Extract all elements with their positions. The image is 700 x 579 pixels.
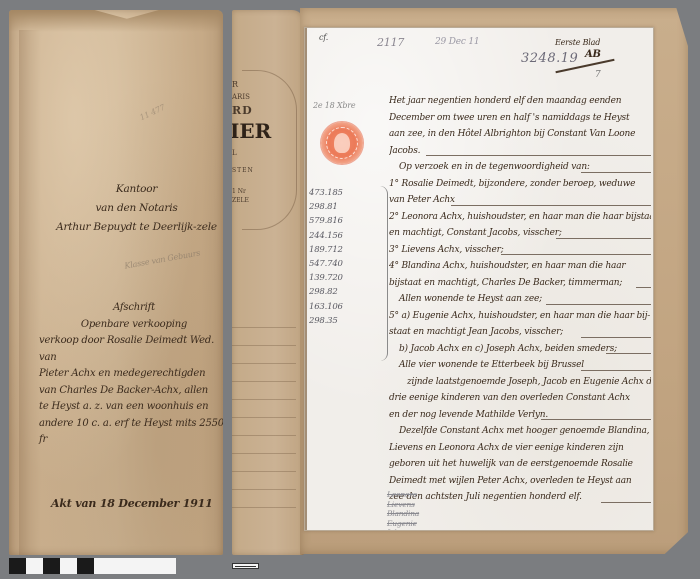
deed-line-text: Op verzoek en in de tegenwoordigheid van… (399, 162, 590, 172)
fill-line (581, 337, 651, 338)
deed-line: Deimedt met wijlen Peter Achx, overleden… (389, 473, 651, 490)
fill-line (581, 172, 651, 173)
deed-line-text: Allen wonende te Heyst aan zee; (399, 294, 542, 304)
margin-brace (380, 186, 388, 361)
fill-line (636, 287, 651, 288)
color-calibration-strip (9, 558, 176, 574)
fill-line (601, 502, 651, 503)
tax-entry: 244.156 (309, 231, 389, 245)
deed-line: zijnde laatstgenoemde Joseph, Jacob en E… (389, 374, 651, 391)
calibration-swatch (77, 558, 94, 574)
deed-line-text: aan zee, in den Hôtel Albrighton bij Con… (389, 129, 635, 139)
calibration-swatch (60, 558, 77, 574)
summary-line-5: van Charles De Backer-Achx, allen (39, 383, 223, 400)
deed-line-text: 5° a) Eugenie Achx, huishoudster, en haa… (389, 311, 650, 321)
printed-letterhead: R ARIS RD IER L STEN 1 Nr ZELE (232, 80, 292, 204)
scale-bar (232, 563, 259, 569)
deed-summary: Afschrift Openbare verkooping verkoop do… (39, 300, 223, 449)
summary-line-3: verkoop door Rosalie Deimedt Wed. van (39, 333, 223, 366)
page-margin-line (305, 28, 307, 530)
fill-line (581, 370, 651, 371)
pencil-name: Leonora (387, 490, 419, 500)
crown-icon (334, 133, 350, 153)
deed-line: van Peter Achx (389, 192, 651, 209)
deed-page: cf. 2117 29 Dec 11 Eerste Blad 3248.19 A… (304, 27, 654, 531)
deed-line: b) Jacob Achx en c) Joseph Achx, beiden … (389, 341, 651, 358)
calibration-swatch (26, 558, 43, 574)
deed-line-text: 3° Lievens Achx, visscher; (389, 245, 504, 255)
deed-line-text: staat en machtigt Jean Jacobs, visscher; (389, 327, 563, 337)
fill-line (501, 254, 651, 255)
deed-line: drie eenige kinderen van den overleden C… (389, 390, 651, 407)
deed-line: 5° a) Eugenie Achx, huishoudster, en haa… (389, 308, 651, 325)
deed-line: December om twee uren en half 's namidda… (389, 110, 651, 127)
ruled-lines (232, 310, 296, 515)
fill-line (541, 419, 651, 420)
ref-sub-mark: 7 (595, 70, 601, 80)
ref-pencil-date: 29 Dec 11 (435, 37, 479, 47)
deed-line-text: b) Jacob Achx en c) Joseph Achx, beiden … (399, 344, 617, 354)
deed-line: Lievens en Leonora Achx de vier eenige k… (389, 440, 651, 457)
deed-line-text: Het jaar negentien honderd elf den maand… (389, 96, 621, 106)
deed-line-text: Jacobs. (389, 146, 420, 156)
fill-line (556, 238, 651, 239)
folder-flap: R ARIS RD IER L STEN 1 Nr ZELE (232, 10, 304, 555)
pencil-name: Lievens (387, 500, 419, 510)
deed-line: Alle vier wonende te Etterbeek bij Bruss… (389, 357, 651, 374)
deed-line-text: Lievens en Leonora Achx de vier eenige k… (389, 443, 624, 453)
deed-line-text: bijstaat en machtigt, Charles De Backer,… (389, 278, 622, 288)
pencil-name: Eugenie (387, 519, 419, 529)
calibration-swatch (9, 558, 26, 574)
tax-entry: 189.712 (309, 245, 389, 259)
deed-line: en machtigt, Constant Jacobs, visscher; (389, 225, 651, 242)
calibration-swatch (43, 558, 60, 574)
deed-line: Jacobs. (389, 143, 651, 160)
deed-date: Akt van 18 December 1911 (51, 497, 213, 510)
deed-line: zee den achtsten Juli negentien honderd … (389, 489, 651, 506)
tax-entry: 298.35 (309, 316, 389, 330)
office-line-3: Arthur Bepuydt te Deerlijk-zele (49, 218, 223, 237)
fill-line (606, 353, 651, 354)
margin-tax-column: 473.185 298.81 579.816 244.156 189.712 5… (309, 188, 389, 330)
tax-entry: 473.185 (309, 188, 389, 202)
deed-line: 1° Rosalie Deimedt, bijzondere, zonder b… (389, 176, 651, 193)
notary-office-heading: Kantoor van den Notaris Arthur Bepuydt t… (49, 180, 223, 237)
pencil-name: Johanna (387, 528, 419, 531)
deed-line: staat en machtigt Jean Jacobs, visscher; (389, 324, 651, 341)
margin-note: 2e 18 Xbre (313, 101, 355, 110)
pencil-name: Blandina (387, 509, 419, 519)
deed-line-text: 4° Blandina Achx, huishoudster, en haar … (389, 261, 626, 271)
tax-entry: 579.816 (309, 216, 389, 230)
summary-line-7: andere 10 c. a. erf te Heyst mits 2550 f… (39, 416, 223, 449)
deed-line-text: 2° Leonora Achx, huishoudster, en haar m… (389, 212, 651, 222)
calibration-swatch (94, 558, 176, 574)
deed-line-text: Deimedt met wijlen Peter Achx, overleden… (389, 476, 631, 486)
summary-title: Afschrift (39, 300, 223, 317)
deed-line: Allen wonende te Heyst aan zee; (389, 291, 651, 308)
ref-cf: cf. (319, 33, 328, 42)
deed-line: en der nog levende Mathilde Verlyn. (389, 407, 651, 424)
deed-line-text: drie eenige kinderen van den overleden C… (389, 393, 630, 403)
deed-line: Op verzoek en in de tegenwoordigheid van… (389, 159, 651, 176)
deed-line: bijstaat en machtigt, Charles De Backer,… (389, 275, 651, 292)
deed-line-text: en der nog levende Mathilde Verlyn. (389, 410, 548, 420)
deed-line: Dezelfde Constant Achx met hooger genoem… (389, 423, 651, 440)
deed-line-text: Dezelfde Constant Achx met hooger genoem… (399, 426, 649, 436)
deed-line: Het jaar negentien honderd elf den maand… (389, 93, 651, 110)
summary-line-6: te Heyst a. z. van een woonhuis en (39, 399, 223, 416)
tax-entry: 298.82 (309, 287, 389, 301)
tax-entry: 547.740 (309, 259, 389, 273)
ref-number-top: 2117 (377, 36, 404, 49)
ref-book-label: Eerste Blad (555, 38, 600, 47)
deed-line-text: 1° Rosalie Deimedt, bijzondere, zonder b… (389, 179, 635, 189)
office-line-1: Kantoor (49, 180, 223, 199)
deed-line: 4° Blandina Achx, huishoudster, en haar … (389, 258, 651, 275)
summary-line-4: Pieter Achx en medegerechtigden (39, 366, 223, 383)
cover-pencil-note: Klasse van Gebuurs (124, 248, 201, 270)
deed-line: aan zee, in den Hôtel Albrighton bij Con… (389, 126, 651, 143)
deed-line: 3° Lievens Achx, visscher; (389, 242, 651, 259)
fill-line (426, 155, 651, 156)
deed-line: 2° Leonora Achx, huishoudster, en haar m… (389, 209, 651, 226)
stamp-seal-icon (321, 122, 363, 164)
deed-line-text: en machtigt, Constant Jacobs, visscher; (389, 228, 562, 238)
deed-line-text: van Peter Achx (389, 195, 455, 205)
tax-entry: 163.106 (309, 302, 389, 316)
office-line-2: van den Notaris (49, 199, 223, 218)
folder-cover: 11 477 Kantoor van den Notaris Arthur Be… (9, 10, 223, 555)
register-number: 3248.19 (521, 51, 578, 66)
deed-line-text: geboren uit het huwelijk van de eerstgen… (389, 459, 633, 469)
tax-entry: 298.81 (309, 202, 389, 216)
registrar-signature: AB (585, 49, 601, 60)
deed-line-text: December om twee uren en half 's namidda… (389, 113, 629, 123)
deed-line-text: Alle vier wonende te Etterbeek bij Bruss… (399, 360, 584, 370)
cover-pencil-note-top: 11 477 (138, 103, 166, 122)
deed-line-text: zijnde laatstgenoemde Joseph, Jacob en E… (407, 377, 651, 387)
pencil-name-list: LeonoraLievensBlandinaEugenieJohannaJose… (387, 490, 419, 531)
fill-line (546, 304, 651, 305)
deed-body: Het jaar negentien honderd elf den maand… (389, 93, 651, 506)
fill-line (451, 205, 651, 206)
tax-entry: 139.720 (309, 273, 389, 287)
deed-line: geboren uit het huwelijk van de eerstgen… (389, 456, 651, 473)
summary-line-2: Openbare verkooping (39, 317, 223, 334)
